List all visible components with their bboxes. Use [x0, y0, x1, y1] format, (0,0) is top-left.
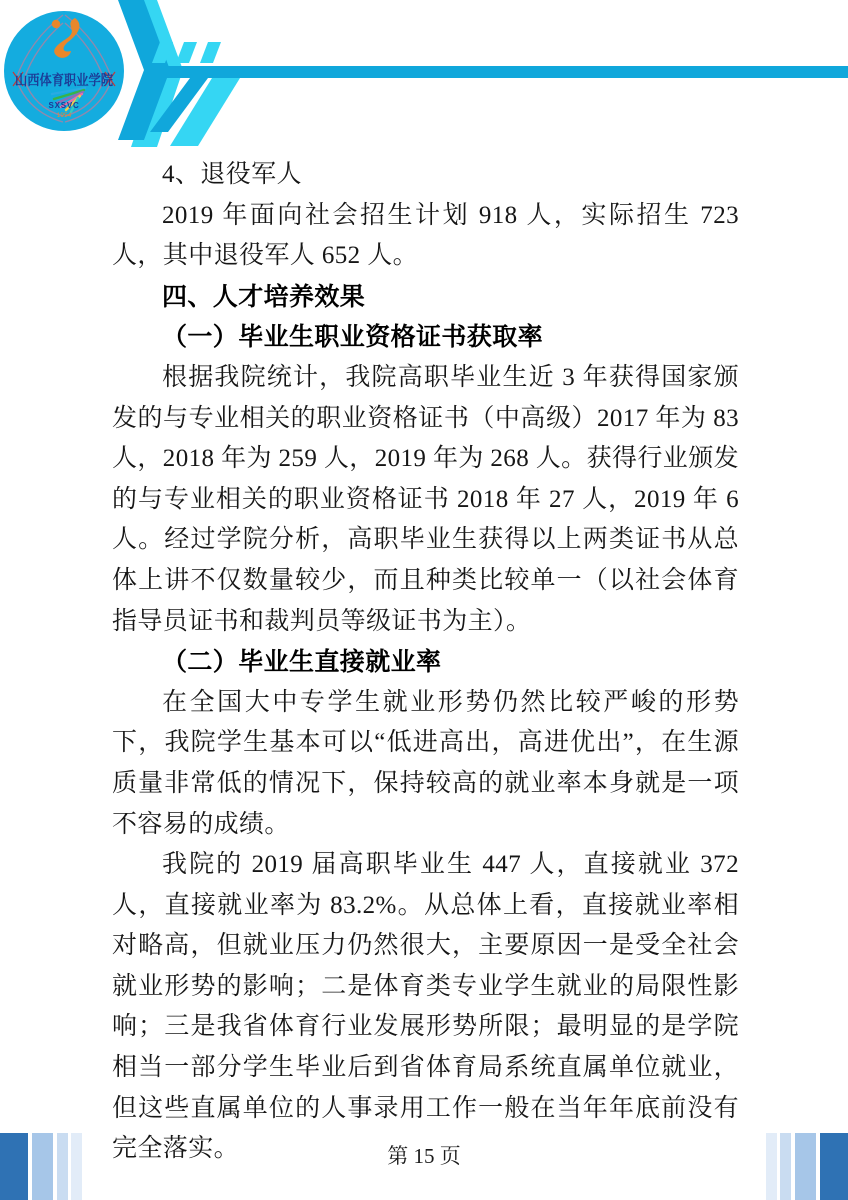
document-body: 4、退役军人 2019 年面向社会招生计划 918 人，实际招生 723 人，其… [112, 155, 739, 1170]
paragraph: 4、退役军人 [112, 155, 739, 196]
page-number: 第 15 页 [0, 1140, 848, 1176]
footer-bar [820, 1133, 848, 1200]
college-logo: 山西体育职业学院 SXSVC 1954 [4, 11, 124, 131]
footer-bars-right [766, 1133, 848, 1200]
footer-bar [0, 1133, 28, 1200]
footer-bar [32, 1133, 53, 1200]
subsection-heading: （一）毕业生职业资格证书获取率 [112, 317, 739, 358]
header-banner: 山西体育职业学院 SXSVC 1954 [0, 0, 848, 150]
footer-bars-left [0, 1133, 82, 1200]
header-rule [150, 66, 848, 78]
paragraph: 2019 年面向社会招生计划 918 人，实际招生 723 人，其中退役军人 6… [112, 196, 739, 277]
section-heading: 四、人才培养效果 [112, 277, 739, 318]
footer-bar [780, 1133, 791, 1200]
paragraph: 在全国大中专学生就业形势仍然比较严峻的形势下，我院学生基本可以“低进高出，高进优… [112, 683, 739, 845]
footer-bar [71, 1133, 82, 1200]
logo-year: 1954 [57, 112, 72, 119]
dash-icon [176, 42, 197, 63]
paragraph: 根据我院统计，我院高职毕业生近 3 年获得国家颁发的与专业相关的职业资格证书（中… [112, 358, 739, 642]
header-dashes [152, 42, 221, 63]
footer-bar [795, 1133, 816, 1200]
dash-icon [200, 42, 221, 63]
subsection-heading: （二）毕业生直接就业率 [112, 642, 739, 683]
paragraph: 我院的 2019 届高职毕业生 447 人，直接就业 372 人，直接就业率为 … [112, 845, 739, 1170]
footer-bar [766, 1133, 777, 1200]
footer-bar [57, 1133, 68, 1200]
document-page: 山西体育职业学院 SXSVC 1954 4、退役军人 2019 年面向社会招生计… [0, 0, 848, 1200]
logo-college-name: 山西体育职业学院 [15, 72, 113, 88]
logo-abbreviation: SXSVC [48, 101, 79, 110]
